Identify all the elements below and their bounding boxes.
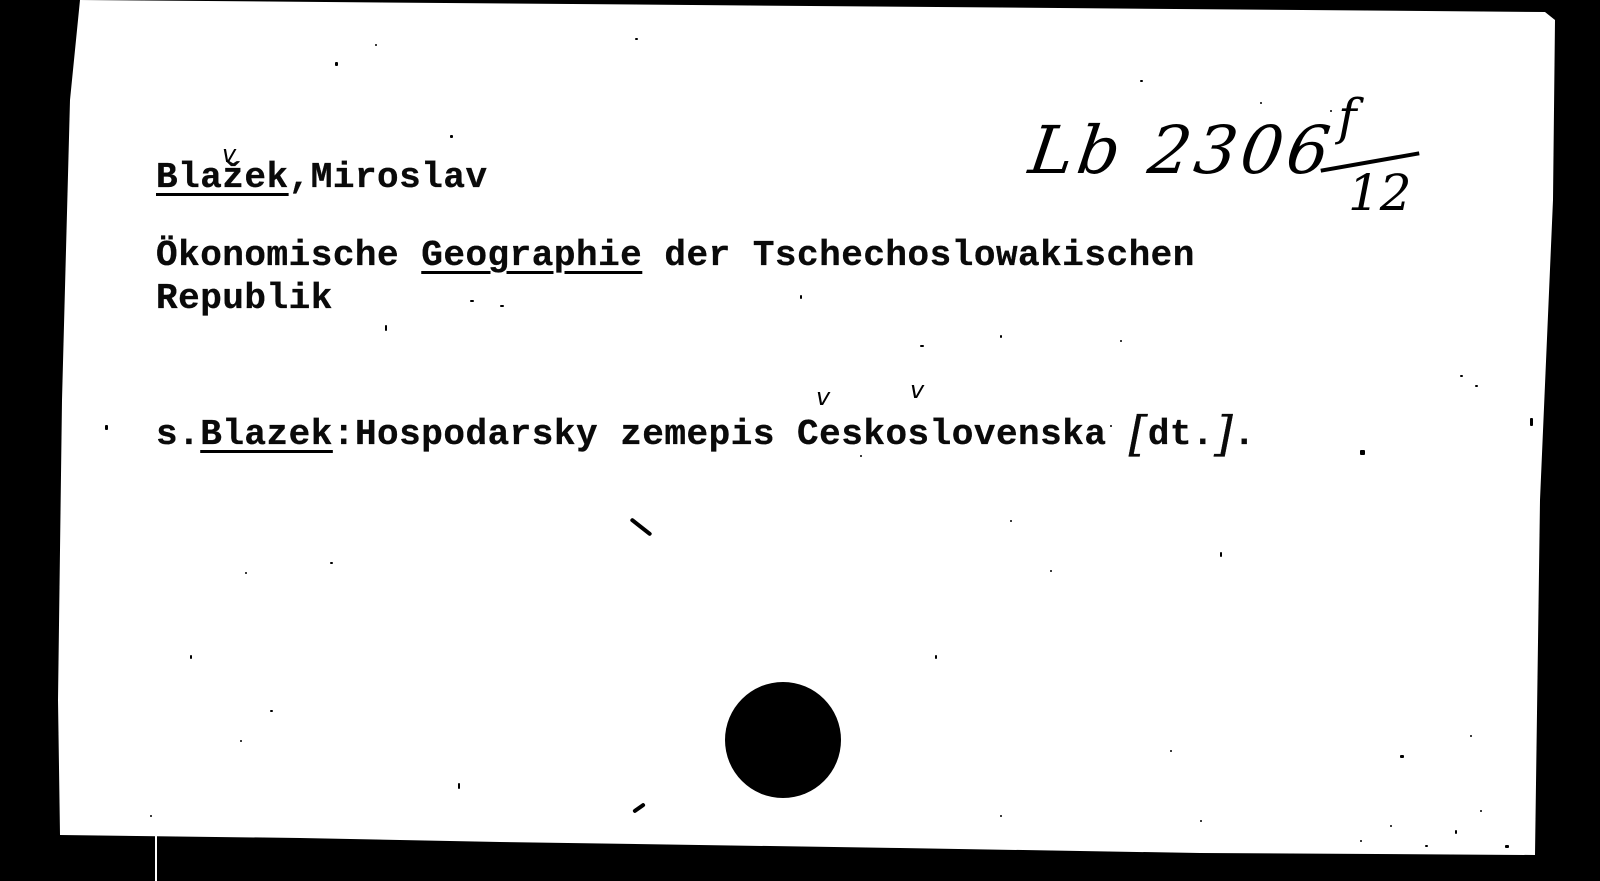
dust-speck bbox=[800, 295, 802, 299]
dust-speck bbox=[105, 425, 108, 430]
dust-speck bbox=[1110, 425, 1112, 427]
call-number: Lb 2306 bbox=[1025, 118, 1337, 184]
dust-speck bbox=[1360, 450, 1365, 455]
author-given-name: Miroslav bbox=[311, 157, 488, 198]
scanned-card-stage: Blažek,Miroslav v Lb 2306 f 12 Ökonomisc… bbox=[0, 0, 1600, 881]
dust-speck bbox=[470, 300, 474, 302]
title-line-2: Republik bbox=[156, 281, 333, 317]
dust-speck bbox=[935, 655, 937, 659]
dust-speck bbox=[1360, 840, 1362, 842]
dust-speck bbox=[450, 135, 453, 138]
dust-speck bbox=[1200, 820, 1202, 822]
title-text-a: Ökonomische bbox=[156, 235, 421, 276]
punch-hole bbox=[725, 682, 841, 798]
dust-speck bbox=[1400, 755, 1404, 758]
see-separator: : bbox=[333, 414, 355, 455]
bracket-close: ] bbox=[1214, 410, 1233, 458]
dust-speck bbox=[1260, 102, 1262, 104]
dust-speck bbox=[1220, 552, 1222, 557]
dust-speck bbox=[270, 710, 273, 712]
title-line-1: Ökonomische Geographie der Tschechoslowa… bbox=[156, 238, 1195, 274]
dust-speck bbox=[1390, 825, 1392, 827]
dust-speck bbox=[1170, 750, 1172, 752]
dust-speck bbox=[1475, 385, 1478, 387]
author-heading: Blažek,Miroslav bbox=[156, 160, 488, 196]
dust-speck bbox=[1140, 80, 1143, 82]
dust-speck bbox=[375, 44, 377, 46]
fraction-denominator: 12 bbox=[1348, 168, 1412, 218]
title-underlined-word: Geographie bbox=[421, 235, 642, 276]
dust-speck bbox=[385, 325, 387, 331]
see-title: Hospodarsky zemepis Ceskoslovenska bbox=[355, 414, 1129, 455]
dust-speck bbox=[1425, 845, 1428, 847]
dust-speck bbox=[150, 815, 152, 817]
author-hacek-mark: v bbox=[222, 140, 236, 168]
dust-speck bbox=[1050, 570, 1052, 572]
ceskoslovenska-hacek-mark: v bbox=[910, 376, 924, 404]
dust-speck bbox=[635, 38, 638, 40]
film-scratch-line bbox=[155, 835, 157, 881]
dust-speck bbox=[920, 345, 924, 347]
dust-speck bbox=[1000, 815, 1002, 817]
see-prefix: s. bbox=[156, 414, 200, 455]
dust-speck bbox=[458, 783, 460, 789]
dust-speck bbox=[1480, 810, 1482, 812]
dust-speck bbox=[1000, 335, 1002, 338]
dust-speck bbox=[1455, 830, 1457, 834]
language-note: dt. bbox=[1148, 414, 1214, 455]
title-text-b: der Tschechoslowakischen bbox=[642, 235, 1195, 276]
see-author: Blazek bbox=[200, 414, 333, 455]
dust-speck bbox=[240, 740, 242, 742]
dust-speck bbox=[1460, 375, 1463, 377]
dust-speck bbox=[245, 572, 247, 574]
dust-speck bbox=[1530, 418, 1533, 426]
see-reference-line: s.Blazek:Hospodarsky zemepis Ceskosloven… bbox=[156, 410, 1255, 458]
see-end: . bbox=[1233, 414, 1255, 455]
bracket-open: [ bbox=[1129, 410, 1148, 458]
dust-speck bbox=[1505, 845, 1509, 848]
dust-speck bbox=[860, 455, 862, 457]
dust-speck bbox=[330, 562, 333, 564]
zemepis-hacek-mark: v bbox=[816, 383, 830, 411]
fraction-numerator: f bbox=[1338, 92, 1357, 142]
dust-speck bbox=[1120, 340, 1122, 342]
dust-speck bbox=[1470, 735, 1472, 737]
dust-speck bbox=[500, 305, 504, 307]
author-separator: , bbox=[289, 157, 311, 198]
call-number-fraction: f 12 bbox=[1320, 90, 1420, 230]
dust-speck bbox=[190, 655, 192, 659]
dust-speck bbox=[1330, 110, 1332, 112]
dust-speck bbox=[335, 62, 338, 66]
dust-speck bbox=[1010, 520, 1012, 522]
